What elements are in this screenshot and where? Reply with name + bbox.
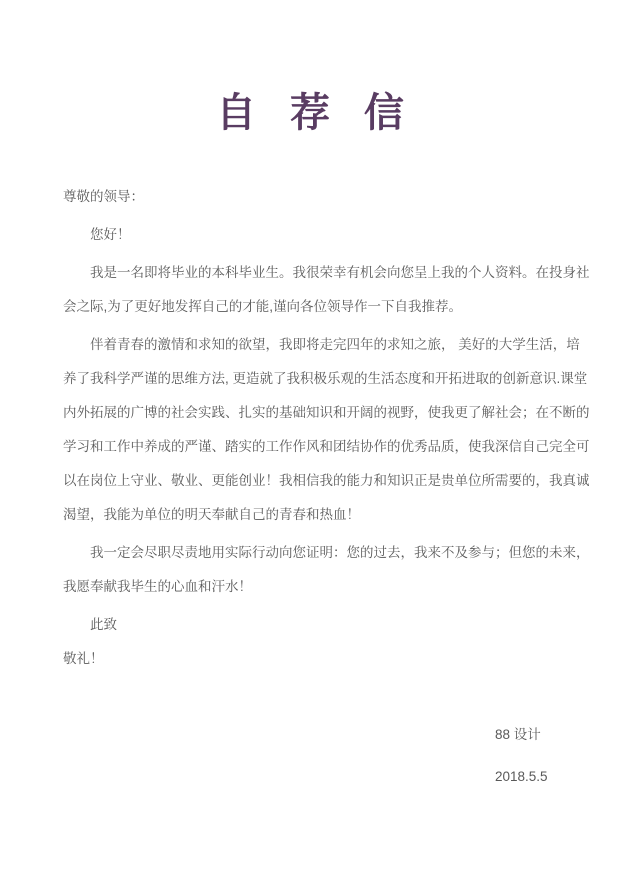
letter-page: 自 荐 信 尊敬的领导： 您好！ 我是一名即将毕业的本科毕业生。我很荣幸有机会向…: [0, 0, 630, 891]
closing: 此致: [63, 608, 570, 642]
paragraph-line: 内外拓展的广博的社会实践、扎实的基础知识和开阔的视野，使我更了解社会；在不断的: [63, 396, 570, 430]
page-title: 自 荐 信: [0, 0, 630, 138]
paragraph-line: 养了我科学严谨的思维方法, 更造就了我积极乐观的生活态度和开拓进取的创新意识.课…: [63, 362, 570, 396]
paragraph-line: 我一定会尽职尽责地用实际行动向您证明：您的过去，我来不及参与；但您的未来，: [63, 536, 570, 570]
paragraph-line: 我愿奉献我毕生的心血和汗水！: [63, 570, 570, 604]
salutation: 尊敬的领导：: [63, 180, 570, 214]
letter-body: 尊敬的领导： 您好！ 我是一名即将毕业的本科毕业生。我很荣幸有机会向您呈上我的个…: [63, 180, 570, 794]
paragraph-line: 渴望，我能为单位的明天奉献自己的青春和热血！: [63, 498, 570, 532]
paragraph-line: 学习和工作中养成的严谨、踏实的工作作风和团结协作的优秀品质，使我深信自己完全可: [63, 430, 570, 464]
paragraph-line: 以在岗位上守业、敬业、更能创业！我相信我的能力和知识正是贵单位所需要的，我真诚: [63, 464, 570, 498]
paragraph-1: 我是一名即将毕业的本科毕业生。我很荣幸有机会向您呈上我的个人资料。在投身社 会之…: [63, 256, 570, 324]
signature-date: 2018.5.5: [495, 760, 570, 794]
paragraph-2: 伴着青春的激情和求知的欲望，我即将走完四年的求知之旅， 美好的大学生活，培 养了…: [63, 328, 570, 532]
salute: 敬礼！: [63, 642, 570, 676]
greeting: 您好！: [63, 218, 570, 252]
paragraph-line: 伴着青春的激情和求知的欲望，我即将走完四年的求知之旅， 美好的大学生活，培: [63, 328, 570, 362]
paragraph-line: 我是一名即将毕业的本科毕业生。我很荣幸有机会向您呈上我的个人资料。在投身社: [63, 256, 570, 290]
signature-block: 88 设计 2018.5.5: [63, 718, 570, 794]
paragraph-line: 会之际,为了更好地发挥自己的才能,谨向各位领导作一下自我推荐。: [63, 290, 570, 324]
paragraph-3: 我一定会尽职尽责地用实际行动向您证明：您的过去，我来不及参与；但您的未来， 我愿…: [63, 536, 570, 604]
signature-name: 88 设计: [495, 718, 570, 752]
